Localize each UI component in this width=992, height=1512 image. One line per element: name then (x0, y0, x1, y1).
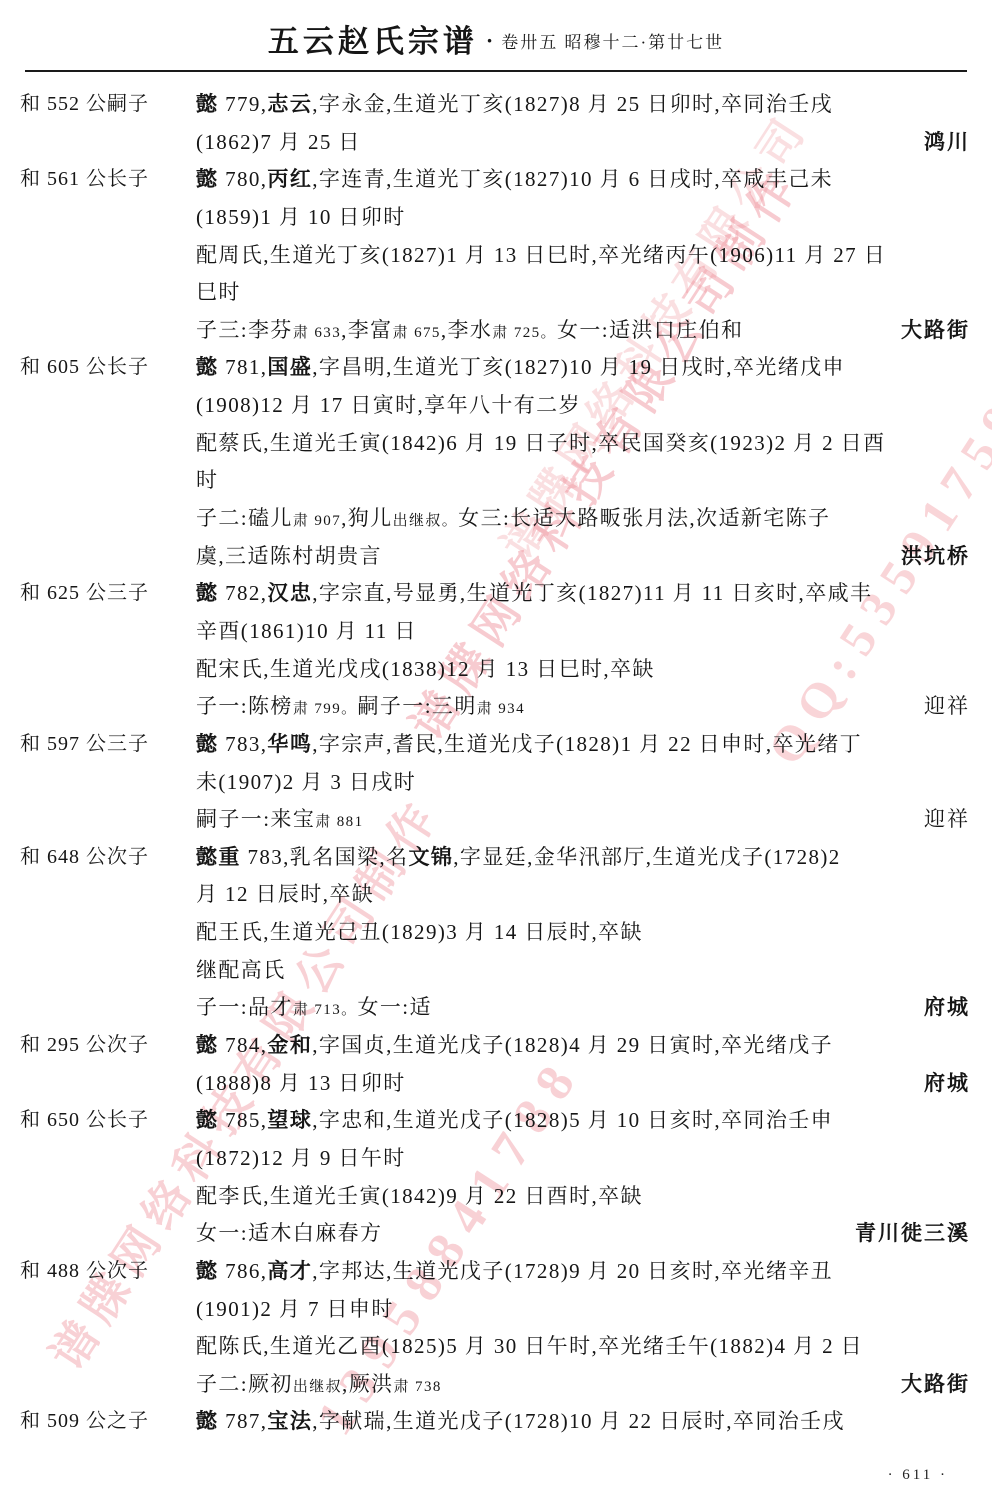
page-number: · 611 · (888, 1467, 948, 1484)
entry-line: (1908)12 月 17 日寅时,享年八十有二岁 (20, 387, 970, 425)
text-segment: 子一:品才 (196, 995, 293, 1019)
text-segment: ,狗儿 (341, 506, 392, 530)
text-segment: 虞,三适陈村胡贵言 (196, 544, 382, 568)
text-segment: ,字永金,生道光丁亥(1827)8 月 25 日卯时,卒同治壬戌 (312, 92, 833, 116)
text-segment: (1888)8 月 13 日卯时 (196, 1071, 406, 1095)
entry-line: 和 648 公次子懿重 783,乳名国梁,名文锦,字显廷,金华汛部厅,生道光戊子… (20, 839, 970, 877)
person-name: 懿 (196, 355, 225, 379)
text-segment: 配李氏,生道光壬寅(1842)9 月 22 日酉时,卒缺 (196, 1184, 643, 1208)
text-segment: ,字连青,生道光丁亥(1827)10 月 6 日戌时,卒咸丰己未 (312, 167, 833, 191)
entry-line: 继配高氏 (20, 952, 970, 990)
entry-line: (1901)2 月 7 日申时 (20, 1291, 970, 1329)
text-segment: ,李水 (441, 318, 492, 342)
line-text: (1888)8 月 13 日卯时 (196, 1071, 406, 1095)
annotation: 肃 725。 (492, 325, 557, 341)
line-text: 懿 779,志云,字永金,生道光丁亥(1827)8 月 25 日卯时,卒同治壬戌 (196, 92, 833, 116)
person-name: 望球 (267, 1108, 312, 1132)
line-text: (1908)12 月 17 日寅时,享年八十有二岁 (196, 393, 581, 417)
annotation: 出继叔 (293, 1379, 342, 1395)
line-text: 配蔡氏,生道光壬寅(1842)6 月 19 日子时,卒民国癸亥(1923)2 月… (196, 431, 885, 455)
text-segment: 嗣子一:来宝 (196, 807, 315, 831)
line-text: 配李氏,生道光壬寅(1842)9 月 22 日酉时,卒缺 (196, 1184, 643, 1208)
person-name: 懿 (196, 167, 225, 191)
line-text: 子三:李芬肃 633,李富肃 675,李水肃 725。女一:适洪口庄伯和 (196, 318, 743, 342)
entry-line: 未(1907)2 月 3 日戌时 (20, 764, 970, 802)
text-segment: 继配高氏 (196, 958, 286, 982)
place-name: 迎祥 (924, 801, 970, 839)
page-subtitle: 卷卅五 昭穆十二·第廿七世 (501, 33, 724, 52)
header-divider (25, 70, 967, 72)
line-text: 懿 780,丙红,字连青,生道光丁亥(1827)10 月 6 日戌时,卒咸丰己未 (196, 167, 833, 191)
text-segment: 784, (225, 1033, 267, 1057)
entry-line: 时 (20, 462, 970, 500)
entry-label: 和 605 公长子 (20, 349, 149, 387)
text-segment: 嗣子一:三明 (358, 694, 477, 718)
entry-line: (1872)12 月 9 日午时 (20, 1140, 970, 1178)
entry-line: 子一:品才肃 713。女一:适府城 (20, 989, 970, 1027)
entry-label: 和 488 公次子 (20, 1253, 149, 1291)
text-segment: 子二:厥初 (196, 1372, 293, 1396)
person-name: 懿重 (196, 845, 247, 869)
place-name: 迎祥 (924, 688, 970, 726)
line-text: 女一:适木白麻春方 (196, 1221, 382, 1245)
person-name: 懿 (196, 1108, 225, 1132)
entry-line: (1888)8 月 13 日卯时府城 (20, 1065, 970, 1103)
entry-line: 和 605 公长子懿 781,国盛,字昌明,生道光丁亥(1827)10 月 19… (20, 349, 970, 387)
place-name: 府城 (924, 1065, 970, 1103)
entry-label: 和 648 公次子 (20, 839, 149, 877)
line-text: (1862)7 月 25 日 (196, 130, 361, 154)
line-text: 配陈氏,生道光乙酉(1825)5 月 30 日午时,卒光绪壬午(1882)4 月… (196, 1334, 863, 1358)
person-name: 华鸣 (267, 732, 312, 756)
text-segment: 子二:磕儿 (196, 506, 293, 530)
line-text: 配王氏,生道光己丑(1829)3 月 14 日辰时,卒缺 (196, 920, 643, 944)
entry-line: 和 488 公次子懿 786,高才,字邦达,生道光戊子(1728)9 月 20 … (20, 1253, 970, 1291)
text-segment: 女一:适木白麻春方 (196, 1221, 382, 1245)
entry-line: 子一:陈榜肃 799。嗣子一:三明肃 934迎祥 (20, 688, 970, 726)
entry-line: 和 625 公三子懿 782,汉忠,字宗直,号显勇,生道光丁亥(1827)11 … (20, 575, 970, 613)
line-text: (1859)1 月 10 日卯时 (196, 205, 406, 229)
text-segment: 女三:长适大路畈张月法,次适新宅陈子 (458, 506, 830, 530)
text-segment: 配宋氏,生道光戊戌(1838)12 月 13 日巳时,卒缺 (196, 657, 655, 681)
annotation: 肃 713。 (293, 1002, 358, 1018)
annotation: 肃 633 (293, 325, 341, 341)
text-segment: 配陈氏,生道光乙酉(1825)5 月 30 日午时,卒光绪壬午(1882)4 月… (196, 1334, 863, 1358)
page-header: 五云赵氏宗谱·卷卅五 昭穆十二·第廿七世 (0, 16, 992, 61)
line-text: 懿 786,高才,字邦达,生道光戊子(1728)9 月 20 日亥时,卒光绪辛丑 (196, 1259, 833, 1283)
text-segment: ,字忠和,生道光戊子(1828)5 月 10 日亥时,卒同治壬申 (312, 1108, 833, 1132)
entry-line: 配李氏,生道光壬寅(1842)9 月 22 日酉时,卒缺 (20, 1178, 970, 1216)
text-segment: ,李富 (341, 318, 392, 342)
text-segment: (1908)12 月 17 日寅时,享年八十有二岁 (196, 393, 581, 417)
entry-line: (1859)1 月 10 日卯时 (20, 199, 970, 237)
text-segment: 配蔡氏,生道光壬寅(1842)6 月 19 日子时,卒民国癸亥(1923)2 月… (196, 431, 885, 455)
line-text: (1872)12 月 9 日午时 (196, 1146, 406, 1170)
place-name: 大路街 (901, 1366, 970, 1404)
entry-line: 虞,三适陈村胡贵言洪坑桥 (20, 538, 970, 576)
annotation: 肃 799。 (293, 701, 358, 717)
line-text: 懿 781,国盛,字昌明,生道光丁亥(1827)10 月 19 日戌时,卒光绪戊… (196, 355, 845, 379)
entry-line: (1862)7 月 25 日鸿川 (20, 124, 970, 162)
entry-line: 和 295 公次子懿 784,金和,字国贞,生道光戊子(1828)4 月 29 … (20, 1027, 970, 1065)
person-name: 懿 (196, 1409, 225, 1433)
text-segment: ,字宗直,号显勇,生道光丁亥(1827)11 月 11 日亥时,卒咸丰 (312, 581, 872, 605)
place-name: 青川徙三溪 (855, 1215, 970, 1253)
entry-line: 配宋氏,生道光戊戌(1838)12 月 13 日巳时,卒缺 (20, 651, 970, 689)
entry-label: 和 561 公长子 (20, 161, 149, 199)
line-text: 月 12 日辰时,卒缺 (196, 882, 374, 906)
text-segment: (1872)12 月 9 日午时 (196, 1146, 406, 1170)
line-text: 未(1907)2 月 3 日戌时 (196, 770, 416, 794)
entry-label: 和 552 公嗣子 (20, 86, 149, 124)
line-text: 时 (196, 468, 218, 492)
text-segment: 未(1907)2 月 3 日戌时 (196, 770, 416, 794)
text-segment: 786, (225, 1259, 267, 1283)
text-segment: 780, (225, 167, 267, 191)
text-segment: 781, (225, 355, 267, 379)
line-text: 懿 782,汉忠,字宗直,号显勇,生道光丁亥(1827)11 月 11 日亥时,… (196, 581, 872, 605)
text-segment: ,字显廷,金华汛部厅,生道光戊子(1728)2 (453, 845, 840, 869)
entry-label: 和 597 公三子 (20, 726, 149, 764)
text-segment: 779, (225, 92, 267, 116)
line-text: 配宋氏,生道光戊戌(1838)12 月 13 日巳时,卒缺 (196, 657, 655, 681)
entry-line: 配王氏,生道光己丑(1829)3 月 14 日辰时,卒缺 (20, 914, 970, 952)
place-name: 府城 (924, 989, 970, 1027)
person-name: 丙红 (267, 167, 312, 191)
line-text: 继配高氏 (196, 958, 286, 982)
entry-label: 和 295 公次子 (20, 1027, 149, 1065)
title-separator-dot: · (486, 28, 493, 53)
text-segment: 子三:李芬 (196, 318, 293, 342)
page-title: 五云赵氏宗谱 (268, 24, 478, 59)
entry-line: 和 552 公嗣子懿 779,志云,字永金,生道光丁亥(1827)8 月 25 … (20, 86, 970, 124)
entry-line: 辛酉(1861)10 月 11 日 (20, 613, 970, 651)
line-text: 懿 784,金和,字国贞,生道光戊子(1828)4 月 29 日寅时,卒光绪戊子 (196, 1033, 833, 1057)
person-name: 宝法 (267, 1409, 312, 1433)
person-name: 国盛 (267, 355, 312, 379)
person-name: 汉忠 (267, 581, 312, 605)
annotation: 肃 907 (293, 513, 341, 529)
place-name: 鸿川 (924, 124, 970, 162)
entry-line: 巳时 (20, 274, 970, 312)
text-segment: 女一:适洪口庄伯和 (557, 318, 743, 342)
line-text: 子二:磕儿肃 907,狗儿出继叔。女三:长适大路畈张月法,次适新宅陈子 (196, 506, 830, 530)
text-segment: 女一:适 (358, 995, 432, 1019)
line-text: 辛酉(1861)10 月 11 日 (196, 619, 417, 643)
annotation: 肃 738 (394, 1379, 442, 1395)
text-segment: 配王氏,生道光己丑(1829)3 月 14 日辰时,卒缺 (196, 920, 643, 944)
text-segment: 787, (225, 1409, 267, 1433)
text-segment: 782, (225, 581, 267, 605)
entry-line: 配周氏,生道光丁亥(1827)1 月 13 日巳时,卒光绪丙午(1906)11 … (20, 237, 970, 275)
line-text: 虞,三适陈村胡贵言 (196, 544, 382, 568)
entry-line: 配蔡氏,生道光壬寅(1842)6 月 19 日子时,卒民国癸亥(1923)2 月… (20, 425, 970, 463)
line-text: 懿 783,华鸣,字宗声,耆民,生道光戊子(1828)1 月 22 日申时,卒光… (196, 732, 862, 756)
entry-line: 嗣子一:来宝肃 881迎祥 (20, 801, 970, 839)
genealogy-lines: 和 552 公嗣子懿 779,志云,字永金,生道光丁亥(1827)8 月 25 … (20, 86, 970, 1441)
annotation: 肃 881 (315, 814, 363, 830)
text-segment: (1901)2 月 7 日申时 (196, 1297, 394, 1321)
person-name: 高才 (267, 1259, 312, 1283)
person-name: 文锦 (408, 845, 453, 869)
text-segment: 时 (196, 468, 218, 492)
entry-line: 和 561 公长子懿 780,丙红,字连青,生道光丁亥(1827)10 月 6 … (20, 161, 970, 199)
person-name: 懿 (196, 581, 225, 605)
line-text: 巳时 (196, 280, 241, 304)
text-segment: 785, (225, 1108, 267, 1132)
line-text: 子二:厥初出继叔,厥洪肃 738 (196, 1372, 442, 1396)
text-segment: (1859)1 月 10 日卯时 (196, 205, 406, 229)
person-name: 懿 (196, 732, 225, 756)
entry-label: 和 625 公三子 (20, 575, 149, 613)
person-name: 懿 (196, 1259, 225, 1283)
text-segment: 783,乳名国梁,名 (247, 845, 408, 869)
entry-line: 和 597 公三子懿 783,华鸣,字宗声,耆民,生道光戊子(1828)1 月 … (20, 726, 970, 764)
text-segment: 月 12 日辰时,卒缺 (196, 882, 374, 906)
text-segment: ,字宗声,耆民,生道光戊子(1828)1 月 22 日申时,卒光绪丁 (312, 732, 862, 756)
place-name: 洪坑桥 (901, 538, 970, 576)
annotation: 出继叔。 (393, 513, 459, 529)
text-segment: 辛酉(1861)10 月 11 日 (196, 619, 417, 643)
entry-line: 女一:适木白麻春方青川徙三溪 (20, 1215, 970, 1253)
place-name: 大路街 (901, 312, 970, 350)
text-segment: ,厥洪 (342, 1372, 393, 1396)
line-text: 子一:陈榜肃 799。嗣子一:三明肃 934 (196, 694, 525, 718)
entry-label: 和 650 公长子 (20, 1102, 149, 1140)
person-name: 懿 (196, 1033, 225, 1057)
entry-line: 子二:磕儿肃 907,狗儿出继叔。女三:长适大路畈张月法,次适新宅陈子 (20, 500, 970, 538)
line-text: 懿 785,望球,字忠和,生道光戊子(1828)5 月 10 日亥时,卒同治壬申 (196, 1108, 833, 1132)
annotation: 肃 675 (393, 325, 441, 341)
text-segment: ,字邦达,生道光戊子(1728)9 月 20 日亥时,卒光绪辛丑 (312, 1259, 833, 1283)
text-segment: 子一:陈榜 (196, 694, 293, 718)
person-name: 志云 (267, 92, 312, 116)
text-segment: ,字国贞,生道光戊子(1828)4 月 29 日寅时,卒光绪戊子 (312, 1033, 833, 1057)
line-text: 配周氏,生道光丁亥(1827)1 月 13 日巳时,卒光绪丙午(1906)11 … (196, 243, 886, 267)
line-text: (1901)2 月 7 日申时 (196, 1297, 394, 1321)
text-segment: ,字昌明,生道光丁亥(1827)10 月 19 日戌时,卒光绪戊申 (312, 355, 845, 379)
entry-label: 和 509 公之子 (20, 1403, 149, 1441)
entry-line: 子二:厥初出继叔,厥洪肃 738大路街 (20, 1366, 970, 1404)
text-segment: (1862)7 月 25 日 (196, 130, 361, 154)
text-segment: 783, (225, 732, 267, 756)
entry-line: 和 650 公长子懿 785,望球,字忠和,生道光戊子(1828)5 月 10 … (20, 1102, 970, 1140)
entry-line: 配陈氏,生道光乙酉(1825)5 月 30 日午时,卒光绪壬午(1882)4 月… (20, 1328, 970, 1366)
text-segment: 巳时 (196, 280, 241, 304)
line-text: 懿 787,宝法,字献瑞,生道光戊子(1728)10 月 22 日辰时,卒同治壬… (196, 1409, 845, 1433)
person-name: 懿 (196, 92, 225, 116)
entry-line: 月 12 日辰时,卒缺 (20, 876, 970, 914)
text-segment: 配周氏,生道光丁亥(1827)1 月 13 日巳时,卒光绪丙午(1906)11 … (196, 243, 886, 267)
entry-line: 子三:李芬肃 633,李富肃 675,李水肃 725。女一:适洪口庄伯和大路街 (20, 312, 970, 350)
person-name: 金和 (267, 1033, 312, 1057)
line-text: 子一:品才肃 713。女一:适 (196, 995, 432, 1019)
entry-line: 和 509 公之子懿 787,宝法,字献瑞,生道光戊子(1728)10 月 22… (20, 1403, 970, 1441)
text-segment: ,字献瑞,生道光戊子(1728)10 月 22 日辰时,卒同治壬戌 (312, 1409, 845, 1433)
line-text: 嗣子一:来宝肃 881 (196, 807, 364, 831)
annotation: 肃 934 (477, 701, 525, 717)
genealogy-page: 谱牒网络科技有限公司制作 谱牒网络科技有限公司制作 13958841788 QQ… (0, 0, 992, 1512)
line-text: 懿重 783,乳名国梁,名文锦,字显廷,金华汛部厅,生道光戊子(1728)2 (196, 845, 841, 869)
